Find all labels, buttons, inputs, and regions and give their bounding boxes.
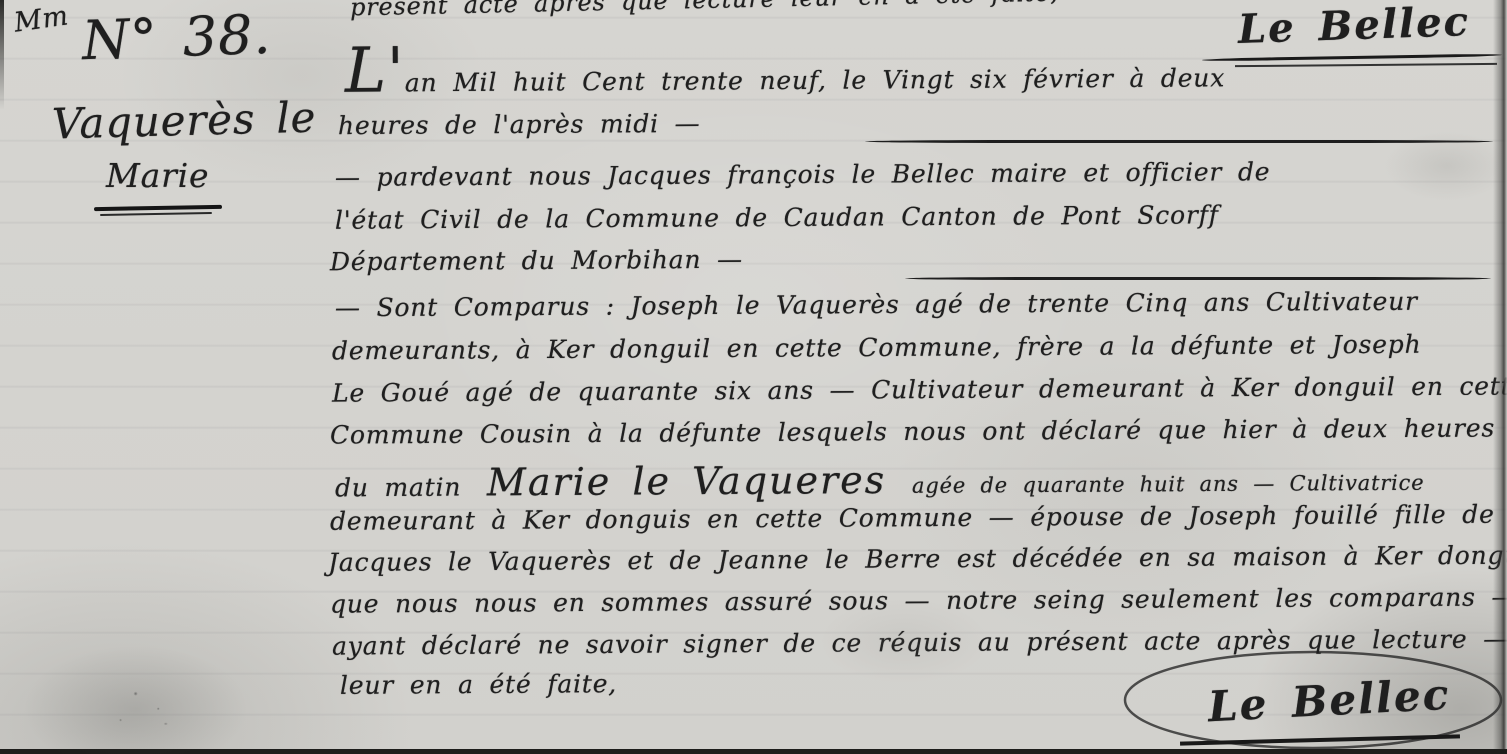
act-line: Commune Cousin à la défunte lesquels nou… xyxy=(330,413,1495,449)
signature-flourish xyxy=(1202,53,1502,61)
mayor-signature-top: Le Bellec xyxy=(1237,0,1470,53)
act-line: Jacques le Vaquerès et de Jeanne le Berr… xyxy=(328,540,1507,577)
act-line: Département du Morbihan — xyxy=(330,245,743,277)
death-record-scan: Mm N° 38. Vaquerès le Marie présent acte… xyxy=(0,0,1507,754)
flourish-rule xyxy=(905,277,1491,280)
margin-deceased-surname: Vaquerès le xyxy=(51,93,316,149)
act-line: leur en a été faite, xyxy=(340,669,617,700)
flourish-rule xyxy=(865,140,1493,143)
act-line: demeurants, à Ker donguil en cette Commu… xyxy=(332,330,1422,366)
signature-flourish xyxy=(1235,63,1497,67)
margin-name-underline xyxy=(94,205,222,211)
deceased-full-name: Marie le Vaqueres xyxy=(477,458,896,505)
act-line: demeurant à Ker donguis en cette Commune… xyxy=(330,499,1507,536)
scan-edge-artifact xyxy=(0,0,4,110)
act-line: que nous nous en sommes assuré sous — no… xyxy=(330,582,1507,618)
act-line: heures de l'après midi — xyxy=(338,109,701,140)
act-line: L'an Mil huit Cent trente neuf, le Vingt… xyxy=(345,55,1225,97)
act-line: l'état Civil de la Commune de Caudan Can… xyxy=(335,200,1219,234)
act-line: — Sont Comparus : Joseph le Vaquerès agé… xyxy=(335,287,1418,323)
margin-deceased-firstname: Marie xyxy=(106,156,209,195)
act-line-deceased-name: du matin Marie le Vaqueres agée de quara… xyxy=(335,455,1425,506)
deceased-line-suffix: agée de quarante huit ans — Cultivatrice xyxy=(912,471,1425,498)
scan-bottom-border xyxy=(0,749,1507,754)
act-line: Le Goué agé de quarante six ans — Cultiv… xyxy=(332,371,1507,407)
previous-act-fragment: présent acte après que lecture leur en a… xyxy=(350,0,1059,21)
page-edge-shadow xyxy=(1493,0,1507,754)
margin-paraph: Mm xyxy=(12,0,71,38)
act-number: N° 38. xyxy=(81,3,272,73)
margin-name-underline-2 xyxy=(100,212,212,216)
act-line: — pardevant nous Jacques françois le Bel… xyxy=(335,157,1271,192)
deceased-line-prefix: du matin xyxy=(335,473,461,503)
